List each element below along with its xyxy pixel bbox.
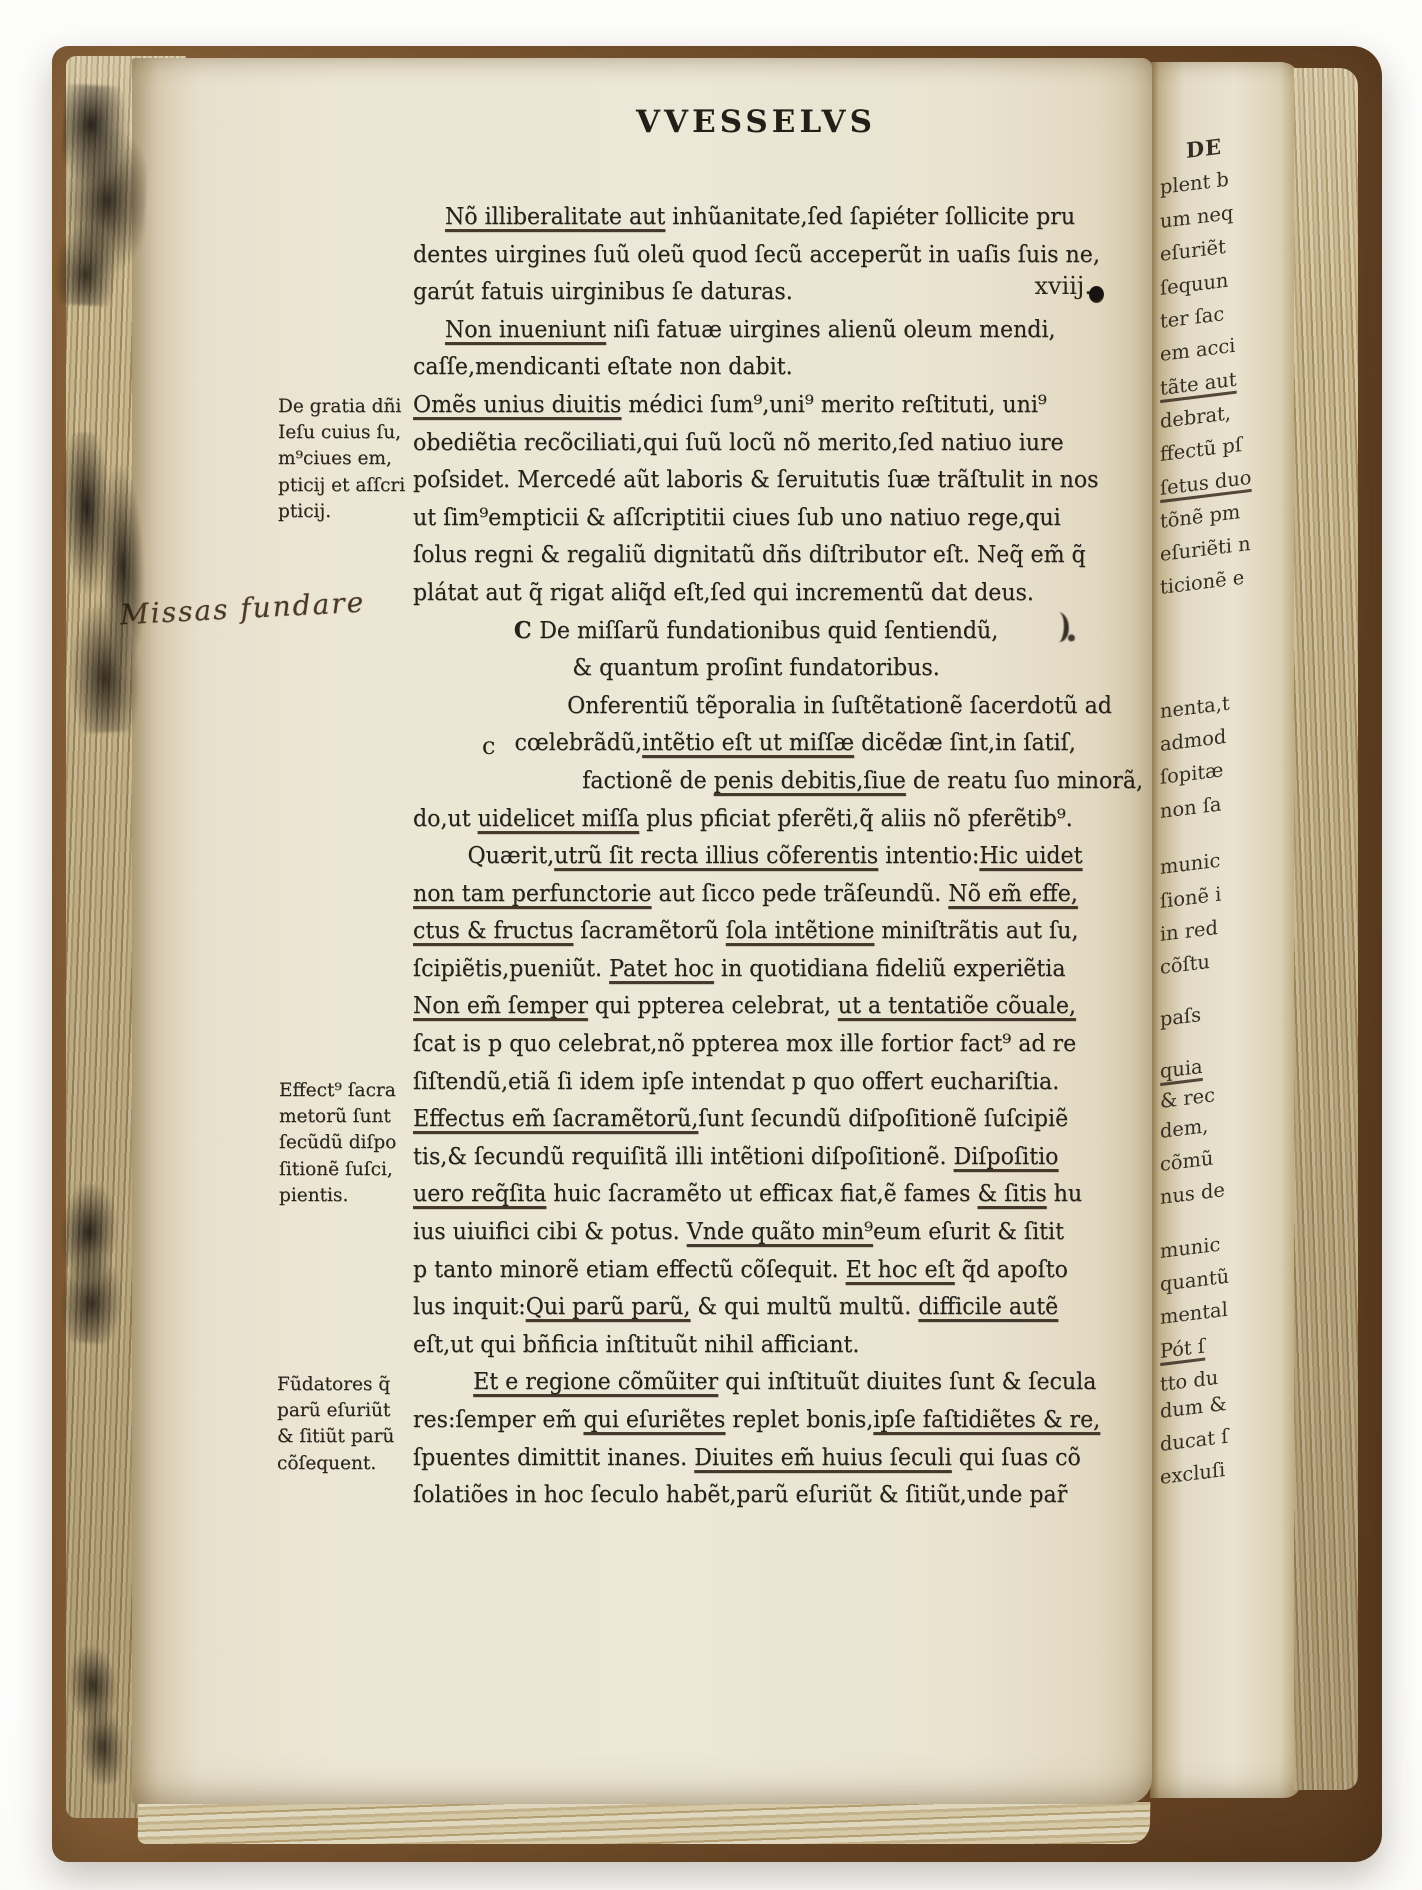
- main-text-block: Nõ illiberalitate aut inhũanitate,ſed ſa…: [413, 198, 1099, 1514]
- next-page-fore-edge: DEplent bum neqeſuriẽtſequunter ſacem ac…: [1150, 62, 1302, 1798]
- book-page: VVESSELVS xviij. Missas fundare De grati…: [132, 58, 1152, 1804]
- ink-smudge: [59, 431, 159, 734]
- ink-smudge: [53, 1183, 136, 1346]
- book: DEplent bum neqeſuriẽtſequunter ſacem ac…: [52, 46, 1382, 1862]
- margin-note-effect: Effect⁹ ſacrametorũ ſuntſecũdũ diſpoſiti…: [279, 1078, 396, 1209]
- page-stack-right-edge: [1294, 68, 1358, 1790]
- ink-smudge: [54, 84, 151, 308]
- running-title: VVESSELVS: [413, 104, 1099, 140]
- photo-backdrop: DEplent bum neqeſuriẽtſequunter ſacem ac…: [0, 0, 1422, 1890]
- next-page-text-fragments: DEplent bum neqeſuriẽtſequunter ſacem ac…: [1150, 62, 1302, 1798]
- page-edges-bottom: [138, 1802, 1151, 1844]
- handwritten-marginalia: Missas fundare: [119, 586, 366, 632]
- margin-note-grace: De gratia dñiIeſu cuius ſu,m⁹ciues em,pt…: [278, 394, 405, 525]
- margin-note-founders: Fũdatores q̃parũ eſuriũt& ſitiũt parũcõſ…: [277, 1372, 394, 1477]
